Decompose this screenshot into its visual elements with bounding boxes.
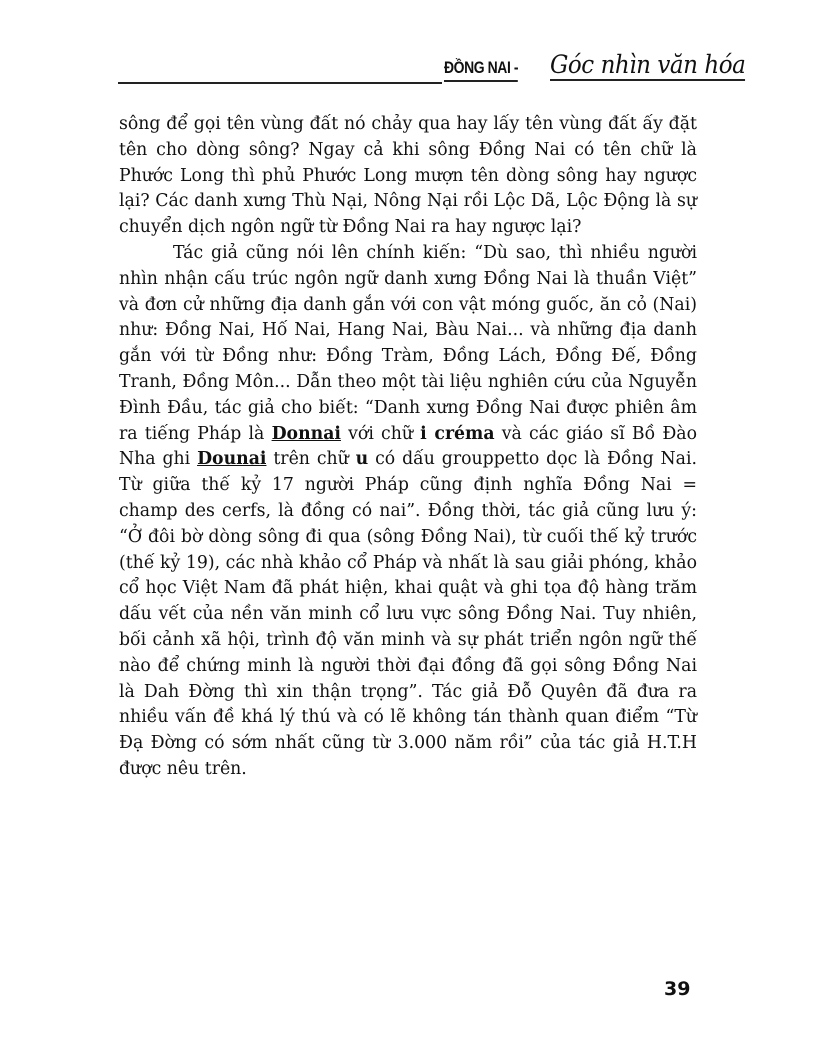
running-header: ĐỒNG NAI - Góc nhìn văn hóa bbox=[118, 44, 700, 90]
paragraph-author-opinion: Tác giả cũng nói lên chính kiến: “Dù sao… bbox=[119, 241, 697, 783]
paragraph-continuation: sông để gọi tên vùng đất nó chảy qua hay… bbox=[119, 112, 697, 241]
header-rule bbox=[118, 82, 442, 84]
header-title: ĐỒNG NAI - bbox=[444, 58, 518, 82]
text-run: trên chữ bbox=[266, 449, 355, 469]
text-run: có dấu grouppetto dọc là Đồng Nai. Từ gi… bbox=[119, 449, 697, 779]
term-dounai: Dounai bbox=[197, 449, 266, 469]
term-donnai: Donnai bbox=[272, 424, 341, 444]
header-subtitle: Góc nhìn văn hóa bbox=[550, 50, 745, 81]
term-i-crema: i créma bbox=[420, 424, 494, 444]
body-text: sông để gọi tên vùng đất nó chảy qua hay… bbox=[119, 112, 697, 783]
term-u: u bbox=[356, 449, 369, 469]
page-number: 39 bbox=[664, 978, 690, 1000]
text-run: Tác giả cũng nói lên chính kiến: “Dù sao… bbox=[119, 243, 697, 444]
text-run: với chữ bbox=[341, 424, 420, 444]
